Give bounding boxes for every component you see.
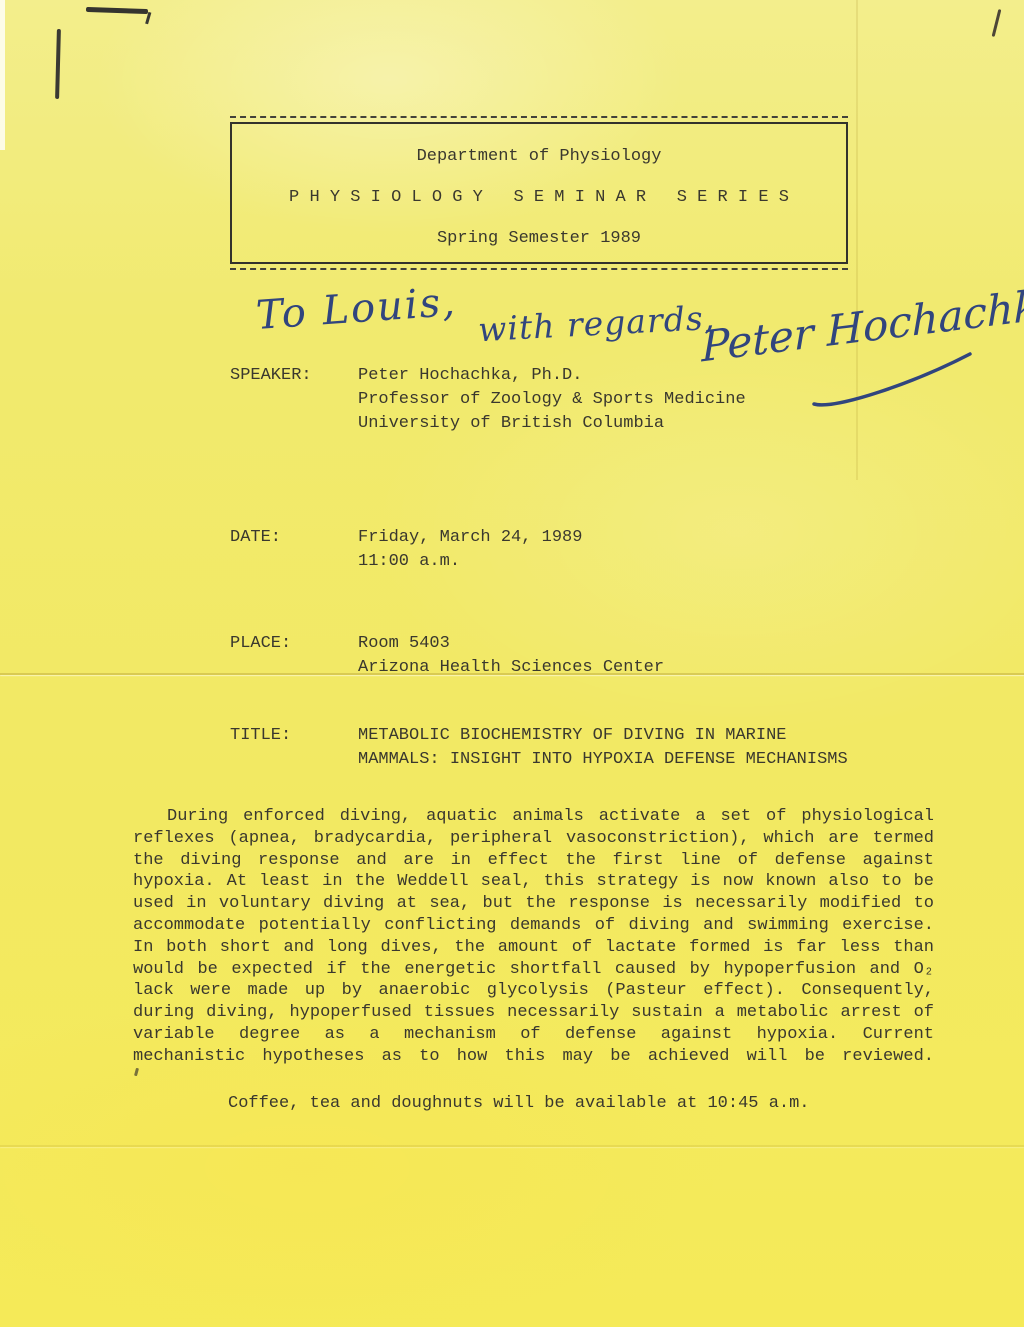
staple-mark-top xyxy=(86,7,148,14)
date-row: DATE: Friday, March 24, 1989 11:00 a.m. xyxy=(230,526,582,574)
scanned-page: Department of Physiology P H Y S I O L O… xyxy=(0,0,1024,1327)
staple-mark-side xyxy=(55,29,61,99)
abstract-line: mechanistic hypotheses as to how this ma… xyxy=(133,1046,934,1068)
speaker-title: Professor of Zoology & Sports Medicine xyxy=(358,388,746,412)
seminar-title: METABOLIC BIOCHEMISTRY OF DIVING IN MARI… xyxy=(358,724,848,772)
date-label: DATE: xyxy=(230,526,358,574)
refreshments-note: Coffee, tea and doughnuts will be availa… xyxy=(228,1094,810,1113)
semester-label: Spring Semester 1989 xyxy=(232,230,846,248)
title-line-1: METABOLIC BIOCHEMISTRY OF DIVING IN MARI… xyxy=(358,724,848,748)
abstract-line: would be expected if the energetic short… xyxy=(133,959,934,981)
signature-underline-stroke xyxy=(806,348,978,412)
speaker-row: SPEAKER: Peter Hochachka, Ph.D. Professo… xyxy=(230,364,746,436)
handwritten-greeting: To Louis, xyxy=(255,279,459,339)
stray-ink-mark xyxy=(134,1068,139,1077)
speaker-affiliation: University of British Columbia xyxy=(358,412,746,436)
speaker-name: Peter Hochachka, Ph.D. xyxy=(358,364,746,388)
abstract-line: reflexes (apnea, bradycardia, peripheral… xyxy=(133,828,934,850)
abstract-line: accommodate potentially conflicting dema… xyxy=(133,915,934,937)
time-text: 11:00 a.m. xyxy=(358,550,582,574)
abstract-line: lack were made up by anaerobic glycolysi… xyxy=(133,980,934,1002)
place-value: Room 5403 Arizona Health Sciences Center xyxy=(358,632,664,680)
abstract-line: During enforced diving, aquatic animals … xyxy=(133,806,934,828)
abstract-line: the diving response and are in effect th… xyxy=(133,850,934,872)
abstract-paragraph: During enforced diving, aquatic animals … xyxy=(133,806,934,1068)
abstract-line: variable degree as a mechanism of defens… xyxy=(133,1024,934,1046)
seminar-header-box: Department of Physiology P H Y S I O L O… xyxy=(230,122,848,264)
date-text: Friday, March 24, 1989 xyxy=(358,526,582,550)
abstract-line: hypoxia. At least in the Weddell seal, t… xyxy=(133,871,934,893)
department-name: Department of Physiology xyxy=(232,148,846,166)
handwritten-regards: with regards, xyxy=(477,298,716,349)
title-line-2: MAMMALS: INSIGHT INTO HYPOXIA DEFENSE ME… xyxy=(358,748,848,772)
title-label: TITLE: xyxy=(230,724,358,772)
room-text: Room 5403 xyxy=(358,632,664,656)
place-row: PLACE: Room 5403 Arizona Health Sciences… xyxy=(230,632,664,680)
abstract-line: during diving, hypoperfused tissues nece… xyxy=(133,1002,934,1024)
abstract-line: used in voluntary diving at sea, but the… xyxy=(133,893,934,915)
title-row: TITLE: METABOLIC BIOCHEMISTRY OF DIVING … xyxy=(230,724,848,772)
fold-crease xyxy=(0,1145,1024,1147)
handwritten-page-number-mark xyxy=(992,9,1002,37)
speaker-label: SPEAKER: xyxy=(230,364,358,436)
building-text: Arizona Health Sciences Center xyxy=(358,656,664,680)
speaker-value: Peter Hochachka, Ph.D. Professor of Zool… xyxy=(358,364,746,436)
place-label: PLACE: xyxy=(230,632,358,680)
abstract-line: In both short and long dives, the amount… xyxy=(133,937,934,959)
paper-edge xyxy=(0,0,5,150)
date-value: Friday, March 24, 1989 11:00 a.m. xyxy=(358,526,582,574)
series-title: P H Y S I O L O G Y S E M I N A R S E R … xyxy=(232,189,846,207)
